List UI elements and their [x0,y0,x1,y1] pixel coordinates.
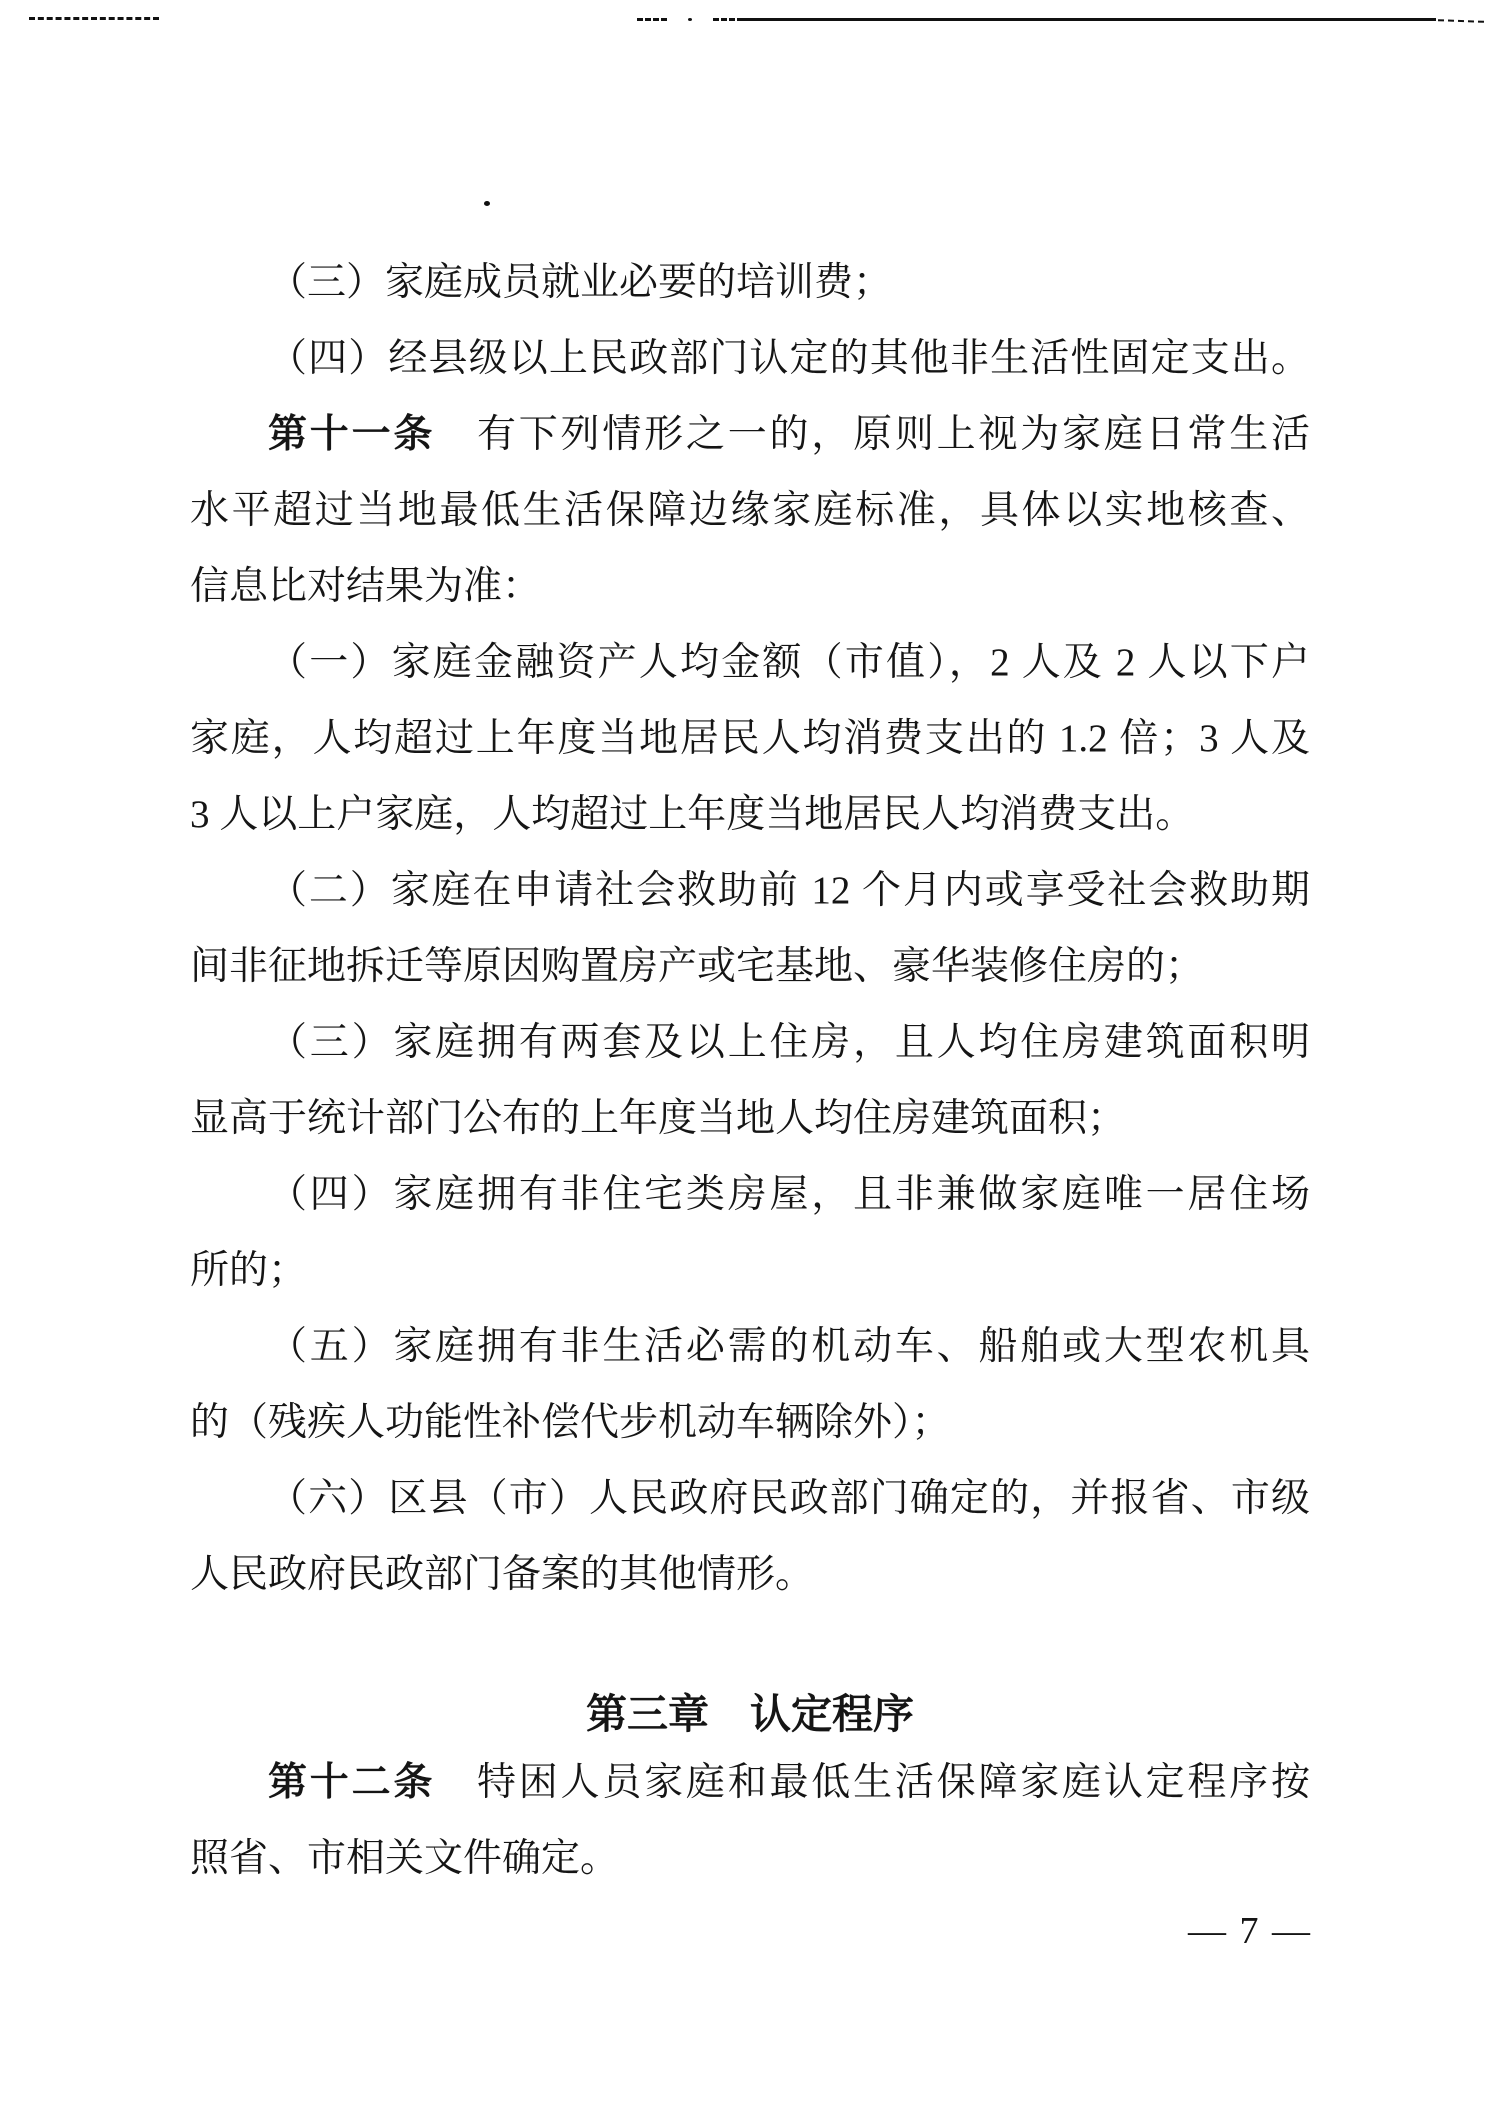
article-11-number: 第十一条 [268,413,435,456]
item-4-line-2: 所的； [190,1233,1310,1309]
item-3-line-2: 显高于统计部门公布的上年度当地人均住房建筑面积； [190,1081,1310,1157]
item-2-line-2: 间非征地拆迁等原因购置房产或宅基地、豪华装修住房的； [190,929,1310,1005]
scan-artifact-speck-2 [484,201,490,206]
scan-artifact-top-mid-dots [637,18,667,21]
article-11-intro-line-2: 水平超过当地最低生活保障边缘家庭标准，具体以实地核查、 [190,473,1310,549]
article-12-number: 第十二条 [268,1761,435,1804]
item-1-line-1: （一）家庭金融资产人均金额（市值），2 人及 2 人以下户 [190,625,1310,701]
item-1-line-2: 家庭，人均超过上年度当地居民人均消费支出的 1.2 倍；3 人及 [190,701,1310,777]
scan-artifact-top-dashes-2 [713,18,743,21]
scan-artifact-top-line [741,18,1436,21]
document-body: （三）家庭成员就业必要的培训费； （四）经县级以上民政部门认定的其他非生活性固定… [190,245,1310,1613]
item-6-line-1: （六）区县（市）人民政府民政部门确定的，并报省、市级 [190,1461,1310,1537]
clause-iii-line: （三）家庭成员就业必要的培训费； [190,245,1310,321]
item-3-line-1: （三）家庭拥有两套及以上住房，且人均住房建筑面积明 [190,1005,1310,1081]
article-11-intro-text: 有下列情形之一的，原则上视为家庭日常生活 [435,413,1310,456]
item-4-line-1: （四）家庭拥有非住宅类房屋，且非兼做家庭唯一居住场 [190,1157,1310,1233]
article-12-line-2: 照省、市相关文件确定。 [190,1821,1310,1897]
chapter-3-heading: 第三章 认定程序 [190,1676,1310,1752]
page-number: — 7 — [1140,1899,1360,1963]
scan-artifact-top-left-dashes [29,17,159,20]
article-11-intro-line-3: 信息比对结果为准： [190,549,1310,625]
article-12-intro-text: 特困人员家庭和最低生活保障家庭认定程序按 [435,1761,1310,1804]
item-6-line-2: 人民政府民政部门备案的其他情形。 [190,1537,1310,1613]
article-12-opening-line: 第十二条 特困人员家庭和最低生活保障家庭认定程序按 [190,1745,1310,1821]
article-12-block: 第十二条 特困人员家庭和最低生活保障家庭认定程序按 照省、市相关文件确定。 [190,1745,1310,1897]
article-11-opening-line: 第十一条 有下列情形之一的，原则上视为家庭日常生活 [190,397,1310,473]
item-1-line-3: 3 人以上户家庭，人均超过上年度当地居民人均消费支出。 [190,777,1310,853]
scanned-document-page: （三）家庭成员就业必要的培训费； （四）经县级以上民政部门认定的其他非生活性固定… [0,0,1488,2106]
clause-iv-line: （四）经县级以上民政部门认定的其他非生活性固定支出。 [190,321,1310,397]
item-5-line-2: 的（残疾人功能性补偿代步机动车辆除外）； [190,1385,1310,1461]
item-2-line-1: （二）家庭在申请社会救助前 12 个月内或享受社会救助期 [190,853,1310,929]
item-5-line-1: （五）家庭拥有非生活必需的机动车、船舶或大型农机具 [190,1309,1310,1385]
scan-artifact-speck-1 [688,18,692,21]
scan-artifact-top-right-tail [1438,19,1484,23]
